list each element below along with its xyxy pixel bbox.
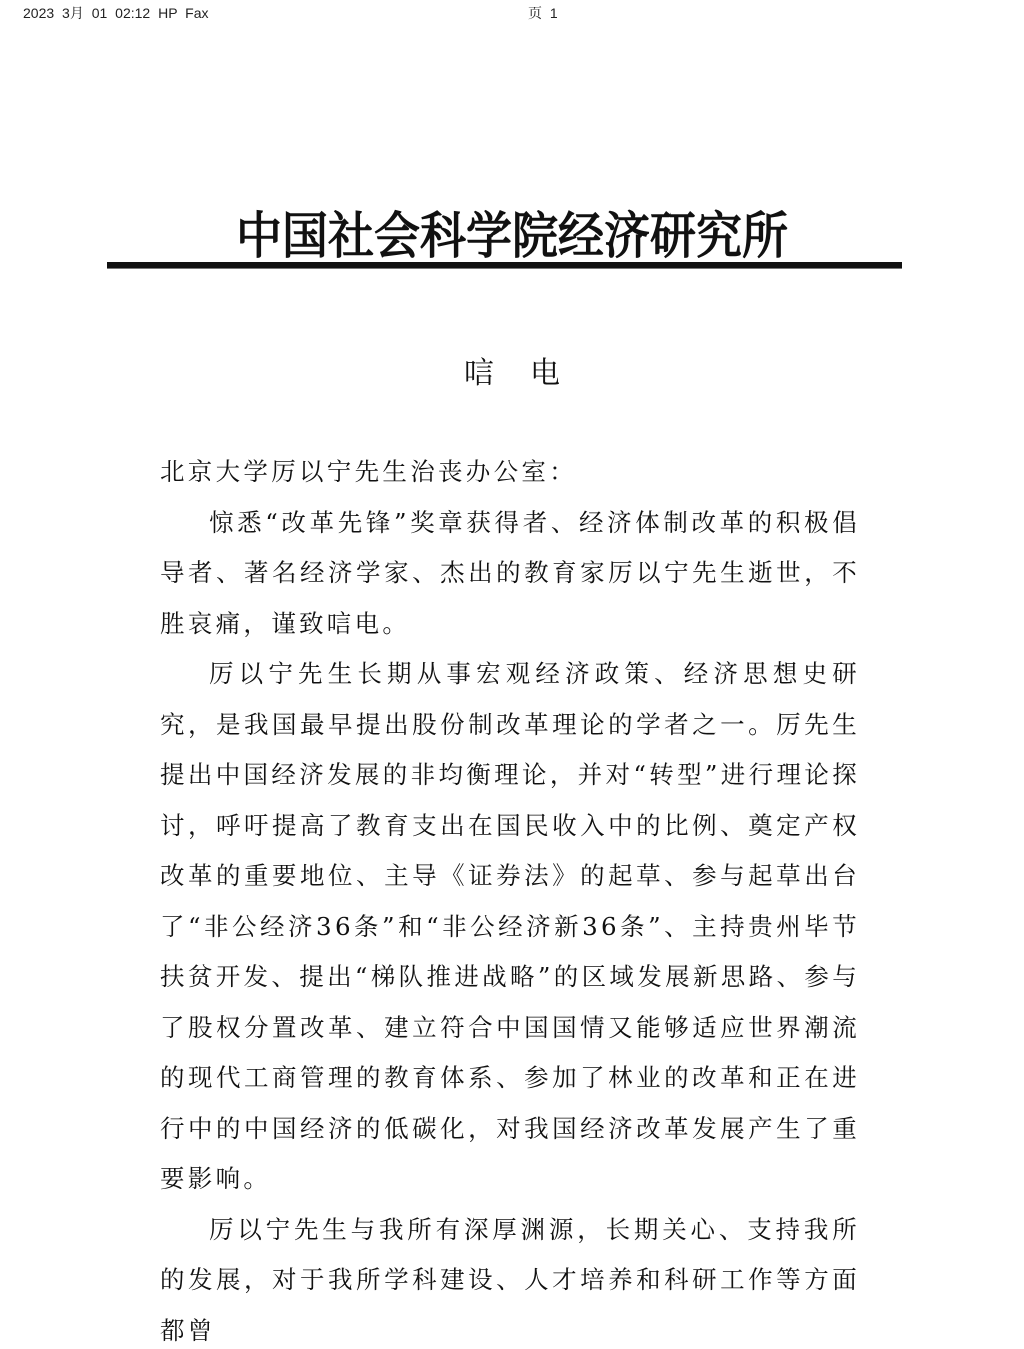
document-title: 唁电 [0, 348, 1024, 392]
fax-header: 2023 3月 01 02:12 HP Fax 页 1 [23, 3, 1024, 23]
organization-name: 中国社会科学院经济研究所 [236, 196, 788, 268]
page-number: 页 1 [528, 3, 558, 23]
paragraph: 惊悉“改革先锋”奖章获得者、经济体制改革的积极倡导者、著名经济学家、杰出的教育家… [160, 498, 860, 650]
letterhead-divider-shadow [107, 268, 902, 269]
paragraph: 厉以宁先生与我所有深厚渊源，长期关心、支持我所的发展，对于我所学科建设、人才培养… [160, 1205, 860, 1349]
salutation: 北京大学厉以宁先生治丧办公室： [160, 447, 860, 498]
paragraph: 厉以宁先生长期从事宏观经济政策、经济思想史研究，是我国最早提出股份制改革理论的学… [160, 649, 860, 1205]
document-body: 北京大学厉以宁先生治丧办公室： 惊悉“改革先锋”奖章获得者、经济体制改革的积极倡… [160, 447, 860, 1349]
letterhead-organization: 中国社会科学院经济研究所 [0, 196, 1024, 268]
fax-timestamp: 2023 3月 01 02:12 HP Fax [23, 3, 209, 23]
